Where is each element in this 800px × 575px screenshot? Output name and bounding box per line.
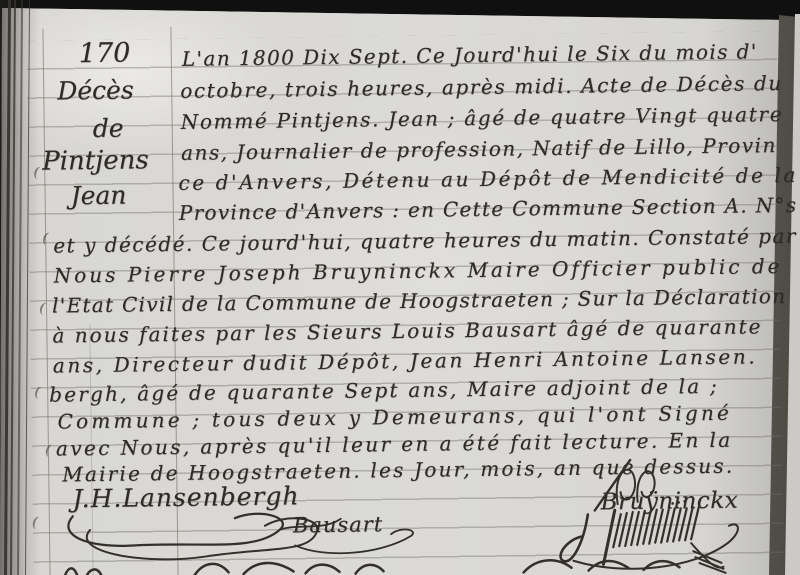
margin-note-line: Pintjens — [42, 145, 149, 176]
margin-record-number: 170 — [79, 38, 131, 70]
page-content: 170 Décès de Pintjens Jean L'an 1800 Dix… — [0, 0, 800, 575]
register-page-scan: 170 Décès de Pintjens Jean L'an 1800 Dix… — [0, 0, 800, 575]
margin-note-line: Jean — [70, 181, 126, 211]
margin-note-line: Décès — [57, 75, 134, 105]
margin-note-line: de — [93, 114, 124, 143]
